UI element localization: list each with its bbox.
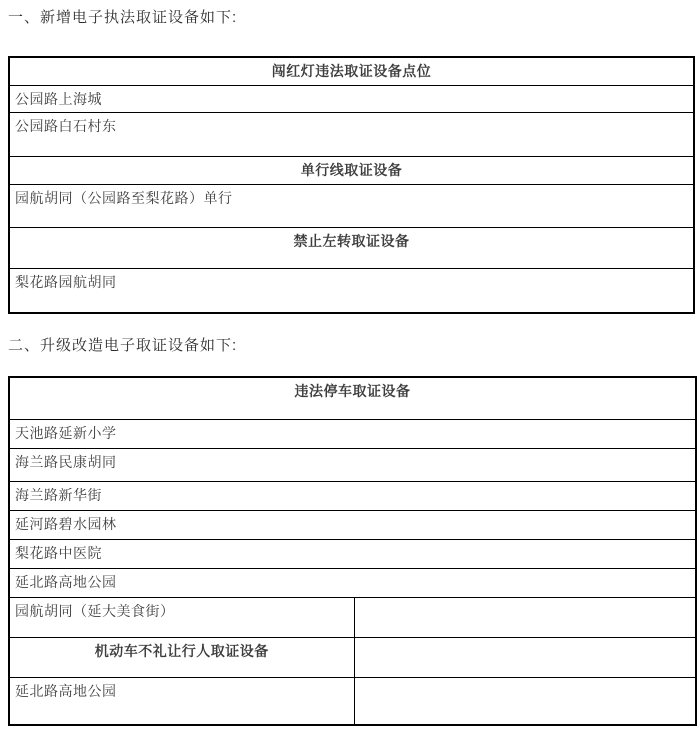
table-row: 天池路延新小学	[9, 419, 696, 448]
table-cell-empty	[354, 597, 696, 637]
table-cell: 园航胡同（公园路至梨花路）单行	[9, 184, 694, 227]
table-cell: 公园路白石村东	[9, 112, 694, 156]
table-cell: 天池路延新小学	[9, 419, 696, 448]
document-page: 一、新增电子执法取证设备如下: 闯红灯违法取证设备点位 公园路上海城 公园路白石…	[0, 0, 700, 745]
table-cell: 延河路碧水园林	[9, 510, 696, 539]
table-row: 延北路高地公园	[9, 677, 696, 725]
table-cell-empty	[354, 677, 696, 725]
table-row: 延北路高地公园	[9, 568, 696, 597]
table-header-one-way: 单行线取证设备	[9, 156, 694, 184]
table-cell: 梨花路园航胡同	[9, 268, 694, 313]
table-row: 机动车不礼让行人取证设备	[9, 637, 696, 677]
table-cell: 梨花路中医院	[9, 539, 696, 568]
table-row: 公园路上海城	[9, 85, 694, 112]
table-row: 梨花路中医院	[9, 539, 696, 568]
table-row: 海兰路民康胡同	[9, 448, 696, 481]
table-cell: 园航胡同（延大美食街）	[9, 597, 354, 637]
table-header-no-left-turn: 禁止左转取证设备	[9, 227, 694, 268]
table-cell: 延北路高地公园	[9, 568, 696, 597]
table-header-illegal-parking: 违法停车取证设备	[9, 377, 696, 419]
table-row: 公园路白石村东	[9, 112, 694, 156]
table-header-red-light: 闯红灯违法取证设备点位	[9, 57, 694, 85]
section-1-heading: 一、新增电子执法取证设备如下:	[8, 8, 695, 28]
table-cell-empty	[354, 637, 696, 677]
table-cell: 公园路上海城	[9, 85, 694, 112]
table-row: 园航胡同（延大美食街）	[9, 597, 696, 637]
table-row: 园航胡同（公园路至梨花路）单行	[9, 184, 694, 227]
table-row: 违法停车取证设备	[9, 377, 696, 419]
table-row: 延河路碧水园林	[9, 510, 696, 539]
table-cell: 海兰路新华街	[9, 481, 696, 510]
table-cell: 海兰路民康胡同	[9, 448, 696, 481]
table-row: 禁止左转取证设备	[9, 227, 694, 268]
table-cell: 延北路高地公园	[9, 677, 354, 725]
new-equipment-table: 闯红灯违法取证设备点位 公园路上海城 公园路白石村东 单行线取证设备 园航胡同（…	[8, 56, 695, 314]
upgraded-equipment-table: 违法停车取证设备 天池路延新小学 海兰路民康胡同 海兰路新华街 延河路碧水园林 …	[8, 376, 697, 726]
table-row: 闯红灯违法取证设备点位	[9, 57, 694, 85]
table-header-no-yield-pedestrian: 机动车不礼让行人取证设备	[9, 637, 354, 677]
table-row: 单行线取证设备	[9, 156, 694, 184]
section-2-heading: 二、升级改造电子取证设备如下:	[8, 336, 695, 356]
table-row: 梨花路园航胡同	[9, 268, 694, 313]
table-row: 海兰路新华街	[9, 481, 696, 510]
